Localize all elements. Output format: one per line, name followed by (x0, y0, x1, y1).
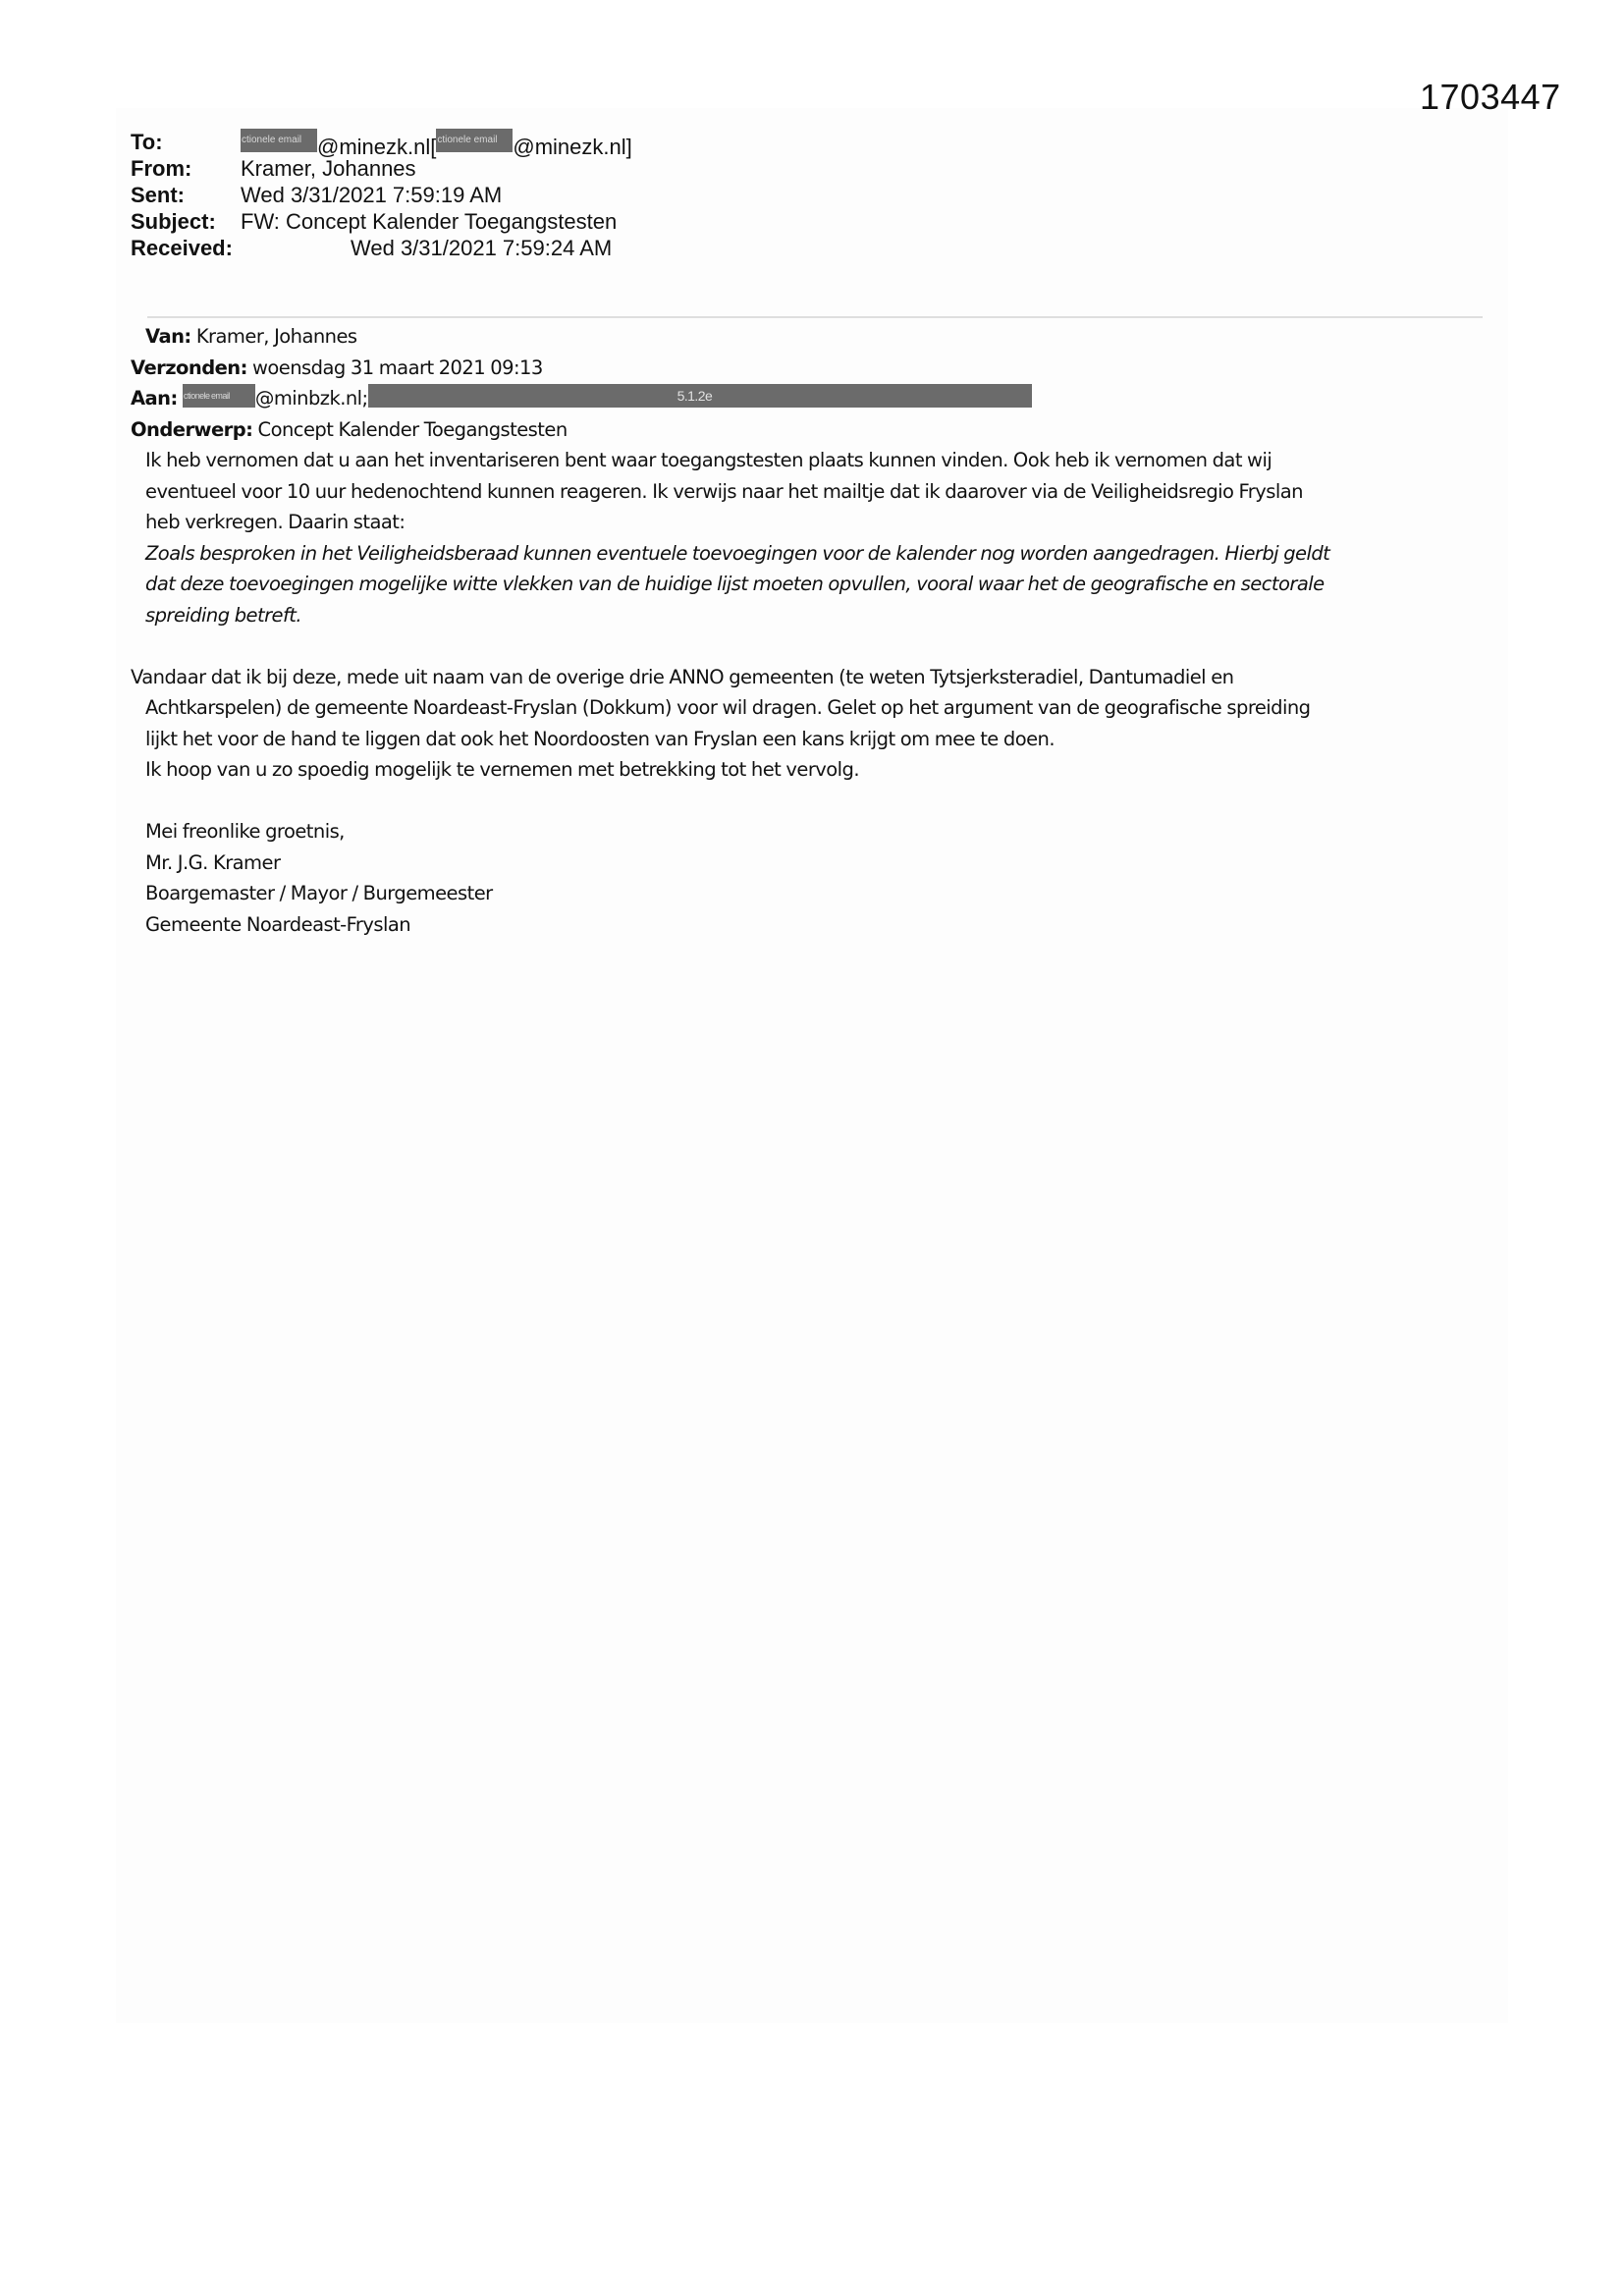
from-value: Kramer, Johannes (241, 155, 416, 182)
body-line: Ik hoop van u zo spoedig mogelijk te ver… (131, 754, 1505, 786)
paragraph-gap (131, 786, 1505, 817)
subject-label: Subject: (131, 208, 216, 235)
paragraph-gap (131, 630, 1505, 662)
signature-line: Gemeente Noardeast-Fryslan (131, 909, 1505, 941)
aan-label: Aan: (131, 387, 178, 410)
quote-line: spreiding betreft. (131, 600, 1505, 631)
signature-line: Mr. J.G. Kramer (131, 847, 1505, 879)
verzonden-value: woensdag 31 maart 2021 09:13 (247, 356, 543, 379)
signature-line: Mei freonlike groetnis, (131, 816, 1505, 847)
aan-row: Aan: ctionele email@minbzk.nl;5.1.2e (131, 383, 1505, 414)
subject-value: FW: Concept Kalender Toegangstesten (241, 208, 617, 235)
body-line: heb verkregen. Daarin staat: (131, 507, 1505, 538)
document-number: 1703447 (1420, 77, 1561, 118)
to-label: To: (131, 129, 163, 155)
van-label: Van: (145, 325, 191, 348)
received-label: Received: (131, 235, 233, 261)
to-address-2: @minezk.nl] (513, 135, 631, 159)
body-line: Vandaar dat ik bij deze, mede uit naam v… (131, 662, 1505, 693)
verzonden-label: Verzonden: (131, 356, 247, 379)
body-line: lijkt het voor de hand te liggen dat ook… (131, 724, 1505, 755)
van-row: Van: Kramer, Johannes (131, 321, 1505, 353)
redaction-box-5-1-2e: 5.1.2e (368, 384, 1032, 408)
body-line: Achtkarspelen) de gemeente Noardeast-Fry… (131, 692, 1505, 724)
onderwerp-value: Concept Kalender Toegangstesten (252, 418, 567, 441)
quote-line: dat deze toevoegingen mogelijke witte vl… (131, 569, 1505, 600)
aan-address: @minbzk.nl; (255, 387, 368, 410)
onderwerp-label: Onderwerp: (131, 418, 252, 441)
body-line: eventueel voor 10 uur hedenochtend kunne… (131, 476, 1505, 508)
signature-line: Boargemaster / Mayor / Burgemeester (131, 878, 1505, 909)
sent-value: Wed 3/31/2021 7:59:19 AM (241, 182, 502, 208)
forwarded-message: Van: Kramer, Johannes Verzonden: woensda… (131, 321, 1505, 940)
received-value: Wed 3/31/2021 7:59:24 AM (351, 235, 612, 261)
onderwerp-row: Onderwerp: Concept Kalender Toegangstest… (131, 414, 1505, 446)
from-label: From: (131, 155, 191, 182)
redaction-box: ctionele email (183, 384, 255, 408)
header-separator (147, 316, 1483, 318)
body-line: Ik heb vernomen dat u aan het inventaris… (131, 445, 1505, 476)
redaction-box: ctionele email (241, 129, 317, 152)
verzonden-row: Verzonden: woensdag 31 maart 2021 09:13 (131, 353, 1505, 384)
van-value: Kramer, Johannes (191, 325, 357, 348)
quote-line: Zoals besproken in het Veiligheidsberaad… (131, 538, 1505, 570)
redaction-box: ctionele email (436, 129, 513, 152)
sent-label: Sent: (131, 182, 185, 208)
